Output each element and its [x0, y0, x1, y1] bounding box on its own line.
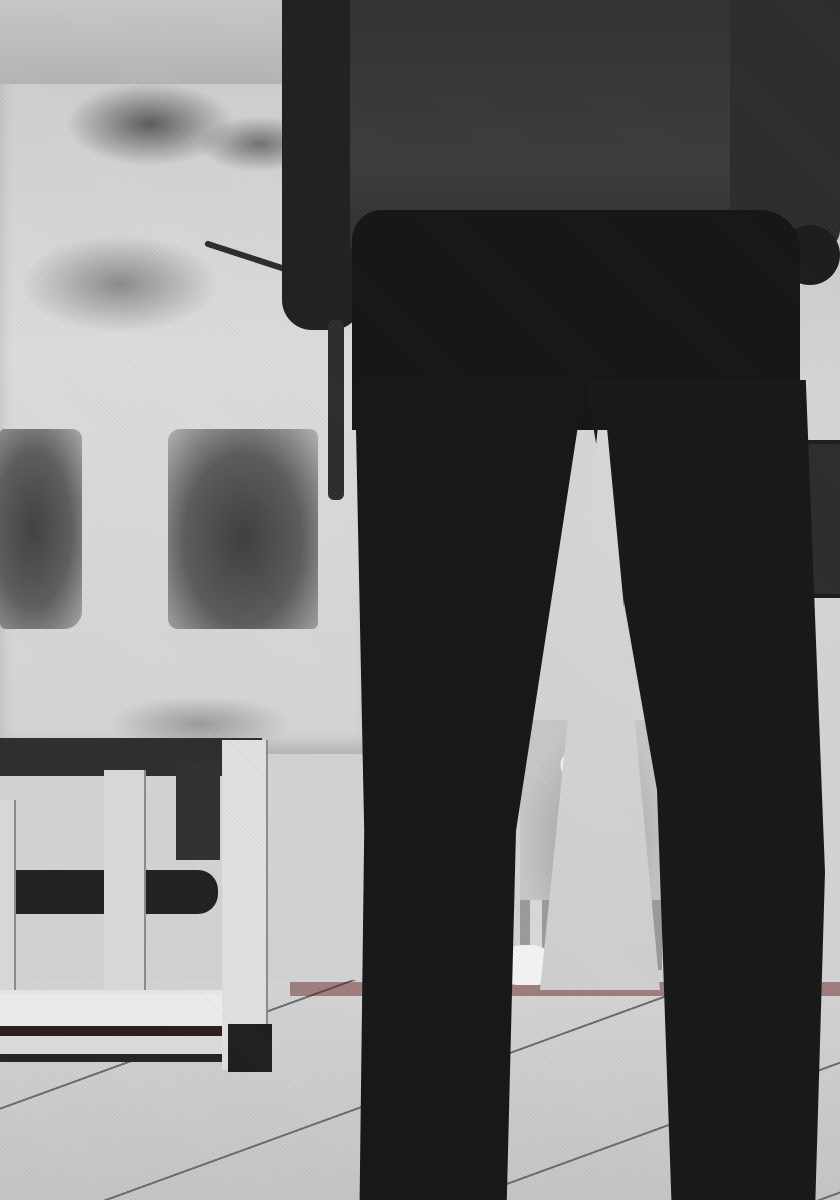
easel-rail [0, 1036, 250, 1062]
easel-leg [222, 740, 266, 1070]
held-tool [328, 320, 344, 500]
easel-dark-panel [176, 762, 220, 860]
easel-foot [228, 1024, 272, 1072]
painted-dark-block-middle [168, 429, 318, 629]
easel-leg [104, 770, 144, 990]
wall-top-band [0, 0, 300, 84]
photo-scene [0, 0, 840, 1200]
painted-dark-block-left [0, 429, 82, 629]
easel-leg [0, 800, 14, 990]
